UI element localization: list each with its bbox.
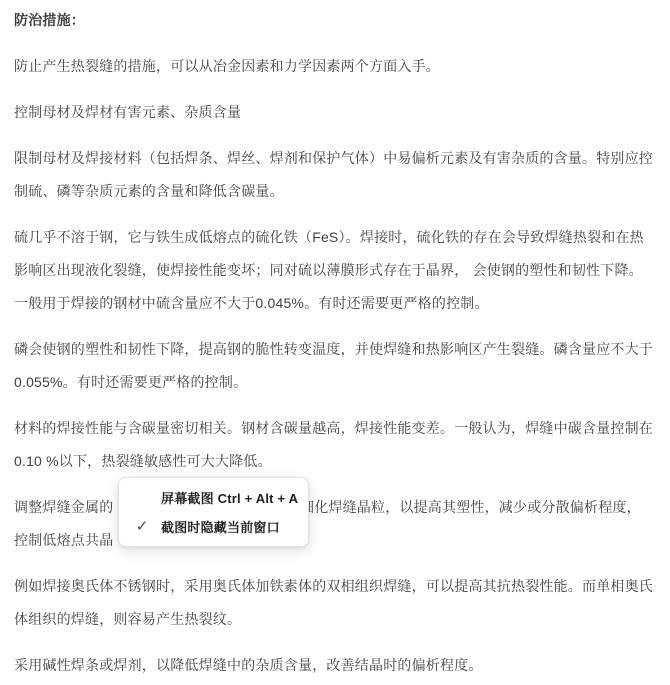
paragraph-austenite-example: 例如焊接奥氏体不锈钢时，采用奥氏体加铁素体的双相组织焊缝，可以提高其抗热裂性能。…: [14, 570, 655, 636]
check-icon: ✓: [123, 519, 161, 534]
paragraph-sulfur: 硫几乎不溶于钢，它与铁生成低熔点的硫化铁（FeS）。焊接时，硫化铁的存在会导致焊…: [14, 221, 655, 320]
paragraph-partially-obscured: 调整焊缝金属的 细化焊缝晶粒，以提高其塑性，减少或分散偏析程度， 控制低熔点共晶: [14, 491, 655, 557]
paragraph-intro: 防止产生热裂缝的措施，可以从冶金因素和力学因素两个方面入手。: [14, 50, 655, 83]
menu-item-screen-capture-label: 屏幕截图 Ctrl + Alt + A: [161, 488, 298, 507]
menu-item-hide-window-label: 截图时隐藏当前窗口: [161, 517, 280, 536]
screenshot-context-menu: 屏幕截图 Ctrl + Alt + A ✓ 截图时隐藏当前窗口: [118, 477, 309, 547]
paragraph-limit-materials: 限制母材及焊接材料（包括焊条、焊丝、焊剂和保护气体）中易偏析元素及有害杂质的含量…: [14, 142, 655, 208]
article-page: 防治措施： 防止产生热裂缝的措施，可以从冶金因素和力学因素两个方面入手。 控制母…: [0, 0, 670, 685]
obscured-line-1: 调整焊缝金属的 细化焊缝晶粒，以提高其塑性，减少或分散偏析程度，: [14, 491, 655, 524]
obscured-line-2: 控制低熔点共晶: [14, 524, 655, 557]
menu-item-screen-capture[interactable]: 屏幕截图 Ctrl + Alt + A: [123, 483, 298, 512]
paragraph-subheading-control-elements: 控制母材及焊材有害元素、杂质含量: [14, 96, 655, 129]
obscured-line1-visible-end: 细化焊缝晶粒，以提高其塑性，减少或分散偏析程度，: [300, 491, 641, 524]
paragraph-phosphorus: 磷会使钢的塑性和韧性下降，提高钢的脆性转变温度，并使焊缝和热影响区产生裂缝。磷含…: [14, 333, 655, 399]
menu-item-hide-window-when-capturing[interactable]: ✓ 截图时隐藏当前窗口: [123, 512, 298, 541]
paragraph-carbon-content: 材料的焊接性能与含碳量密切相关。钢材含碳量越高，焊接性能变差。一般认为，焊缝中碳…: [14, 412, 655, 478]
paragraph-basic-electrode: 采用碱性焊条或焊剂，以降低焊缝中的杂质含量，改善结晶时的偏析程度。: [14, 649, 655, 682]
article-heading: 防治措施：: [14, 4, 655, 37]
obscured-line1-visible-start: 调整焊缝金属的: [14, 499, 113, 515]
obscured-line2-visible-start: 控制低熔点共晶: [14, 532, 113, 548]
